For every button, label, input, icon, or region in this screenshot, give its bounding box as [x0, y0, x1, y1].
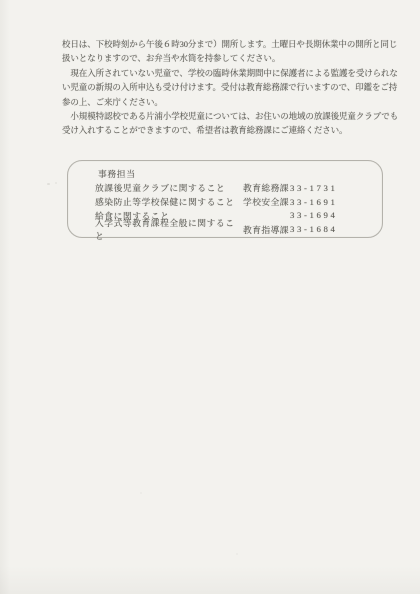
scan-speck — [236, 553, 238, 555]
contact-row: 放課後児童クラブに関すること 教育総務課 33-1731 — [95, 181, 374, 195]
contact-box-title: 事務担当 — [98, 167, 136, 180]
paragraph-line: 校日は、下校時刻から午後６時30分まで）開所します。土曜日や長期休業中の開所と同… — [62, 37, 402, 51]
contact-department: 学校安全課 — [243, 195, 290, 208]
contact-subject: 放課後児童クラブに関すること — [95, 181, 243, 194]
scan-speck — [47, 183, 50, 185]
contact-phone: 33-1684 — [290, 224, 338, 234]
contact-department: 教育総務課 — [243, 181, 290, 194]
scan-speck — [55, 182, 57, 184]
contact-rows: 放課後児童クラブに関すること 教育総務課 33-1731 感染防止等学校保健に関… — [95, 181, 374, 236]
contact-department: 教育指導課 — [243, 223, 290, 236]
contact-phone: 33-1691 — [290, 197, 338, 207]
paragraph-line: い児童の新規の入所申込も受け付けます。受付は教育総務課で行いますので、印鑑をご持 — [62, 80, 402, 94]
scan-speck — [140, 492, 142, 494]
contact-row: 感染防止等学校保健に関すること 学校安全課 33-1691 — [95, 195, 374, 209]
scanned-document-page: 校日は、下校時刻から午後６時30分まで）開所します。土曜日や長期休業中の開所と同… — [0, 0, 420, 594]
paragraph-line: 現在入所されていない児童で、学校の臨時休業期間中に保護者による監護を受けられな — [62, 66, 402, 80]
paragraph-line: 扱いとなりますので、お弁当や水筒を持参してください。 — [62, 51, 402, 65]
contact-info-box: 事務担当 放課後児童クラブに関すること 教育総務課 33-1731 感染防止等学… — [67, 160, 383, 238]
contact-subject: 入学式等教育課程全般に関すること — [95, 216, 243, 242]
paragraph-line: 受け入れすることができますので、希望者は教育総務課にご連絡ください。 — [62, 123, 402, 137]
contact-phone: 33-1731 — [290, 183, 338, 193]
contact-subject: 感染防止等学校保健に関すること — [95, 195, 243, 208]
paragraph-line: 参の上、ご来庁ください。 — [62, 95, 402, 109]
body-paragraph: 校日は、下校時刻から午後６時30分まで）開所します。土曜日や長期休業中の開所と同… — [62, 37, 402, 138]
contact-row: 入学式等教育課程全般に関すること 教育指導課 33-1684 — [95, 222, 374, 236]
contact-phone: 33-1694 — [290, 210, 338, 220]
paragraph-line: 小規模特認校である片浦小学校児童については、お住いの地域の放課後児童クラブでも — [62, 109, 402, 123]
